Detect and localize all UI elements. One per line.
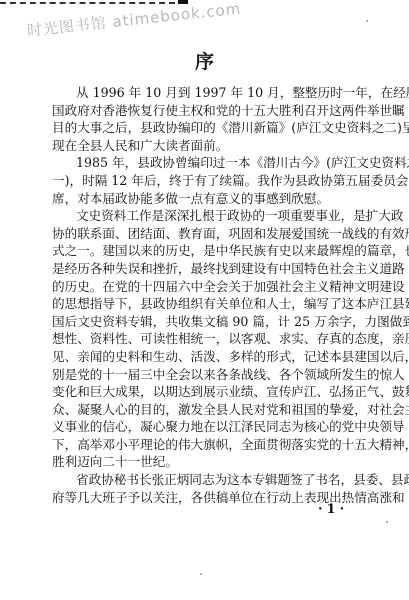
text-line: 的思想指导下，县政协组织有关单位和人士，编写了这本庐江县建 bbox=[52, 295, 354, 313]
text-line: 是经历各种失误和挫折，最终找到建设有中国特色社会主义道路 bbox=[52, 260, 354, 278]
paragraph-1: 从 1996 年 10 月到 1997 年 10 月，整整历时一年，在经历了我 … bbox=[52, 84, 354, 154]
text-line: 从 1996 年 10 月到 1997 年 10 月，整整历时一年，在经历了我 bbox=[52, 84, 354, 102]
text-line: 省政协秘书长张正炳同志为这本专辑题签了书名，县委、县政 bbox=[52, 471, 354, 489]
text-line: 国后文史资料专辑，共收集文稿 90 篇，计 25 万余字，力图做到思 bbox=[52, 313, 354, 331]
body-text: 从 1996 年 10 月到 1997 年 10 月，整整历时一年，在经历了我 … bbox=[52, 84, 354, 506]
text-line: 见、亲闻的史料和生动、活泼、多样的形式，记述本县建国以后，特 bbox=[52, 348, 354, 366]
scan-speck bbox=[386, 521, 388, 523]
scan-speck bbox=[200, 573, 202, 575]
paragraph-4: 省政协秘书长张正炳同志为这本专辑题签了书名，县委、县政 府等几大班子予以关注，各… bbox=[52, 471, 354, 506]
text-line: 胜利迈向二十一世纪。 bbox=[52, 453, 354, 471]
text-line: 的历史。在党的十四届六中全会关于加强社会主义精神文明建设 bbox=[52, 278, 354, 296]
text-line: 府等几大班子予以关注，各供稿单位在行动上表现出热情高涨和 bbox=[52, 489, 354, 507]
text-line: 国政府对香港恢复行使主权和党的十五大胜利召开这两件举世瞩 bbox=[52, 102, 354, 120]
text-line: 席，对本届政协能多做一点有意义的事感到欣慰。 bbox=[52, 190, 354, 208]
paragraph-3: 文史资料工作是深深扎根于政协的一项重要事业，是扩大政 协的联系面、团结面、教育面… bbox=[52, 207, 354, 471]
page-number: ·1· bbox=[318, 502, 348, 517]
text-line: 1985 年，县政协曾编印过一本《潜川古今》(庐江文史资料之 bbox=[52, 154, 354, 172]
text-line: 义事业的信心，凝心聚力地在以江泽民同志为核心的党中央领导 bbox=[52, 418, 354, 436]
text-line: 现在全县人民和广大读者面前。 bbox=[52, 137, 354, 155]
page-title: 序 bbox=[0, 47, 409, 74]
text-line: 变化和巨大成果，以期达到展示业绩、宣传庐江、弘扬正气、鼓舞群 bbox=[52, 383, 354, 401]
paragraph-2: 1985 年，县政协曾编印过一本《潜川古今》(庐江文史资料之 一)，时隔 12 … bbox=[52, 154, 354, 207]
scan-speck bbox=[366, 20, 368, 22]
text-line: 想性、资料性、可读性相统一，以客观、求实、存真的态度，亲历、亲 bbox=[52, 330, 354, 348]
text-line: 协的联系面、团结面、教育面，巩固和发展爱国统一战线的有效形 bbox=[52, 225, 354, 243]
text-line: 式之一。建国以来的历史，是中华民族有史以来最辉煌的篇章，也 bbox=[52, 242, 354, 260]
text-line: 下，高举邓小平理论的伟大旗帜，全面贯彻落实党的十五大精神， bbox=[52, 436, 354, 454]
text-line: 目的大事之后，县政协编印的《潜川新篇》(庐江文史资料之二)呈 bbox=[52, 119, 354, 137]
text-line: 一)，时隔 12 年后，终于有了续篇。我作为县政协第五届委员会主 bbox=[52, 172, 354, 190]
text-line: 文史资料工作是深深扎根于政协的一项重要事业，是扩大政 bbox=[52, 207, 354, 225]
watermark: 时光图书馆 atimebook.com bbox=[26, 0, 242, 41]
text-line: 别是党的十一届三中全会以来各条战线、各个领域所发生的惊人 bbox=[52, 366, 354, 384]
text-line: 众、凝聚人心的目的，激发全县人民对党和祖国的挚爱，对社会主 bbox=[52, 401, 354, 419]
top-dashed-rule bbox=[0, 2, 175, 4]
